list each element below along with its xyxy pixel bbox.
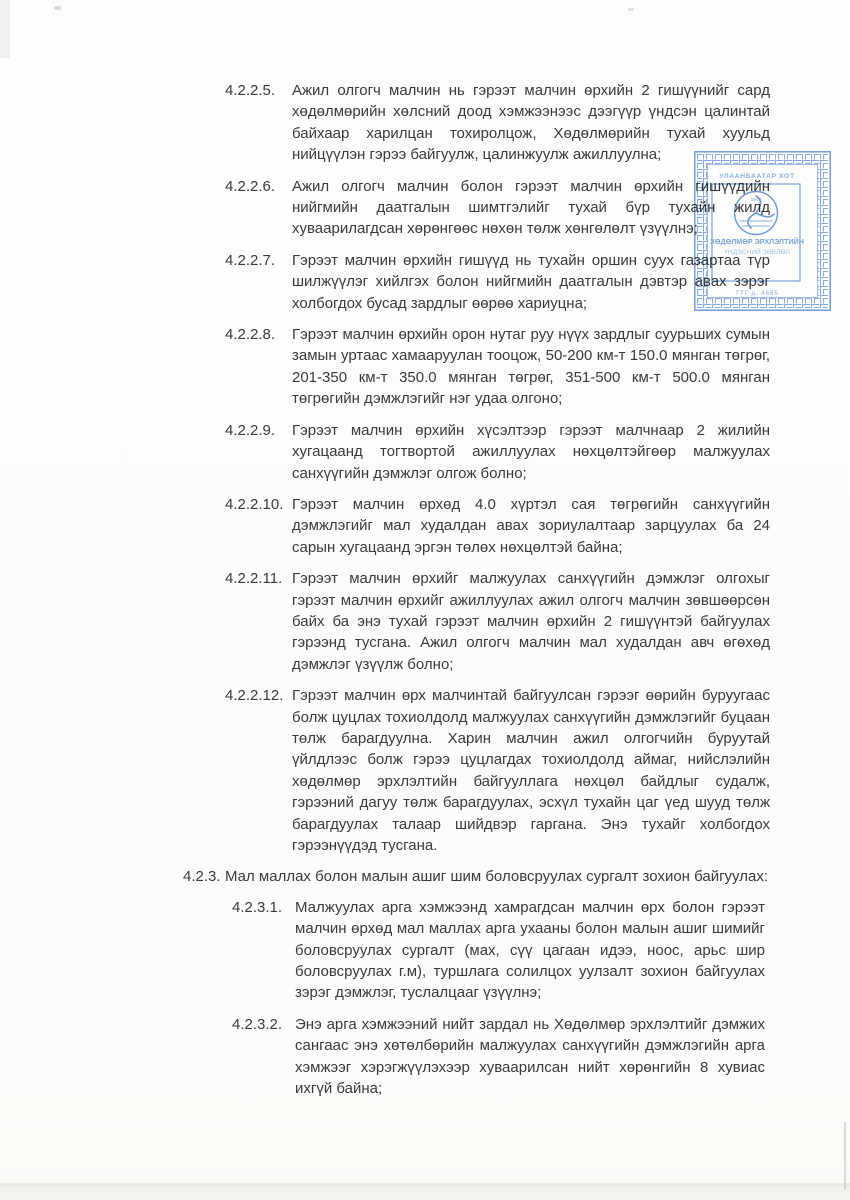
stamp-registry-number: ТТГ д. 4665 bbox=[735, 291, 778, 297]
scan-artifact-dot bbox=[628, 8, 634, 11]
clause-text: Гэрээт малчин өрхийг малжуулах санхүүгий… bbox=[292, 568, 770, 675]
stamp-graphic: УЛААНБААТАР ХОТ 1973 ХӨДӨЛМӨР ЭРХЛЭЛТИЙН… bbox=[694, 151, 831, 311]
clause-4-2-3-2: 4.2.3.2. Энэ арга хэмжээний нийт зардал … bbox=[232, 1014, 850, 1100]
clause-number: 4.2.2.12. bbox=[225, 685, 292, 856]
stamp-emblem-icon: 1973 bbox=[735, 192, 778, 235]
clause-number: 4.2.3.1. bbox=[232, 897, 295, 1004]
section-title: Мал маллах болон малын ашиг шим боловсру… bbox=[225, 866, 770, 887]
clause-4-2-2-8: 4.2.2.8. Гэрээт малчин өрхийн орон нутаг… bbox=[225, 324, 850, 410]
clause-text: Гэрээт малчин өрхөд 4.0 хүртэл сая төгрө… bbox=[292, 494, 770, 558]
section-4-2-3: 4.2.3. Мал маллах болон малын ашиг шим б… bbox=[183, 866, 850, 887]
clause-4-2-2-10: 4.2.2.10. Гэрээт малчин өрхөд 4.0 хүртэл… bbox=[225, 494, 850, 558]
scan-artifact-right-line bbox=[844, 1122, 846, 1190]
clause-number: 4.2.3.2. bbox=[232, 1014, 295, 1100]
stamp-org-line2: ҮНДЭСНИЙ ЗӨВЛӨЛ bbox=[724, 247, 790, 256]
clause-number: 4.2.2.6. bbox=[225, 176, 292, 240]
clause-number: 4.2.2.7. bbox=[225, 250, 292, 314]
clause-text: Энэ арга хэмжээний нийт зардал нь Хөдөлм… bbox=[295, 1014, 765, 1100]
document-page: 4.2.2.5. Ажил олгогч малчин нь гэрээт ма… bbox=[0, 0, 850, 1200]
scan-artifact-corner bbox=[0, 0, 10, 58]
clause-text: Гэрээт малчин өрхийн хүсэлтээр гэрээт ма… bbox=[292, 420, 770, 484]
clause-text: Гэрээт малчин өрх малчинтай байгуулсан г… bbox=[292, 685, 770, 856]
stamp-city-label: УЛААНБААТАР ХОТ bbox=[719, 173, 795, 180]
official-stamp: УЛААНБААТАР ХОТ 1973 ХӨДӨЛМӨР ЭРХЛЭЛТИЙН… bbox=[694, 151, 831, 311]
scan-artifact-bottom-band bbox=[0, 1187, 850, 1200]
clause-4-2-2-12: 4.2.2.12. Гэрээт малчин өрх малчинтай ба… bbox=[225, 685, 850, 856]
scan-artifact-dot bbox=[54, 6, 61, 10]
clause-text: Гэрээт малчин өрхийн орон нутаг руу нүүх… bbox=[292, 324, 770, 410]
clause-4-2-2-9: 4.2.2.9. Гэрээт малчин өрхийн хүсэлтээр … bbox=[225, 420, 850, 484]
clause-4-2-2-11: 4.2.2.11. Гэрээт малчин өрхийг малжуулах… bbox=[225, 568, 850, 675]
clause-number: 4.2.2.5. bbox=[225, 80, 292, 166]
clause-text: Малжуулах арга хэмжээнд хамрагдсан малчи… bbox=[295, 897, 765, 1004]
section-number: 4.2.3. bbox=[183, 866, 225, 887]
stamp-org-line1: ХӨДӨЛМӨР ЭРХЛЭЛТИЙН bbox=[710, 237, 804, 246]
clause-4-2-3-1: 4.2.3.1. Малжуулах арга хэмжээнд хамрагд… bbox=[232, 897, 850, 1004]
clause-number: 4.2.2.9. bbox=[225, 420, 292, 484]
clause-number: 4.2.2.11. bbox=[225, 568, 292, 675]
clause-number: 4.2.2.10. bbox=[225, 494, 292, 558]
clause-number: 4.2.2.8. bbox=[225, 324, 292, 410]
